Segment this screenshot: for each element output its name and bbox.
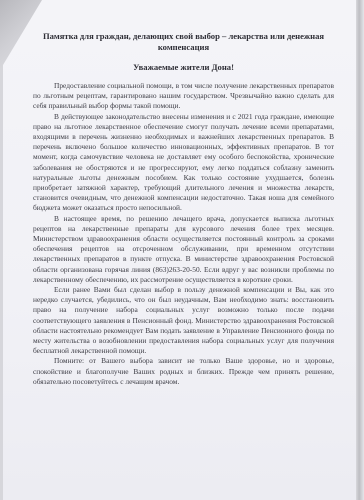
paragraph-5: Помните: от Вашего выбора зависит не тол… [33,356,334,387]
document-body: Памятка для граждан, делающих свой выбор… [33,31,334,387]
page-edge-shadow [356,0,364,500]
paragraph-4: Если ранее Вами был сделан выбор в польз… [33,285,334,356]
page-left-edge [0,0,3,500]
paragraph-2: В действующее законодательство внесены и… [33,112,334,214]
scanned-page: Памятка для граждан, делающих свой выбор… [0,0,356,500]
paragraph-3: В настоящее время, по решению лечащего в… [33,214,334,285]
document-title: Памятка для граждан, делающих свой выбор… [33,31,334,53]
greeting-heading: Уважаемые жители Дона! [33,62,334,73]
paragraph-1: Предоставление социальной помощи, в том … [33,81,334,112]
